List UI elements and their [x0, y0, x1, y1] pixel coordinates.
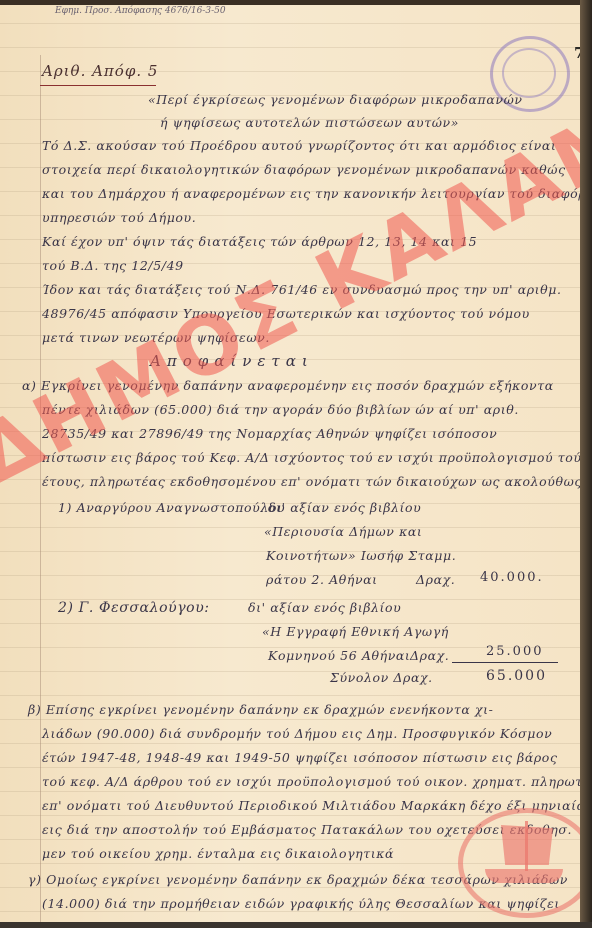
body-line: Ίδον και τάς διατάξεις τού Ν.Δ. 761/46 ε… [42, 282, 562, 297]
payee-2-label: 2) Γ. Φεσσαλούγου: [58, 600, 210, 616]
item-a-line: έτους, πληρωτέας εκδοθησομένου επ' ονόμα… [42, 474, 582, 489]
decision-heading: Αριθ. Απόφ. 5 [42, 62, 158, 80]
body-line: και του Δημάρχου ή αναφερομένων εις την … [42, 186, 592, 201]
payee-1-book-line: ράτου 2. Αθήναι [266, 572, 378, 587]
ship-seal-stamp-icon [458, 808, 592, 918]
payee-2-amount: 25.000 [486, 644, 544, 659]
payee-1-description: δι' αξίαν ενός βιβλίου [268, 500, 421, 515]
scan-bottom-edge [0, 922, 592, 928]
total-amount: 65.000 [486, 668, 547, 684]
payee-2-book-line: «Η Εγγραφή Εθνική Αγωγή [262, 624, 449, 639]
item-a-line: πέντε χιλιάδων (65.000) διά την αγοράν δ… [42, 402, 519, 417]
margin-line [40, 55, 41, 928]
body-line: Καί έχον υπ' όψιν τάς διατάξεις τών άρθρ… [42, 234, 477, 249]
payee-2-description: δι' αξίαν ενός βιβλίου [248, 600, 401, 615]
item-b-line: β) Επίσης εγκρίνει γενομένην δαπάνην εκ … [28, 702, 494, 717]
subject-line-2: ή ψηφίσεως αυτοτελών πιστώσεων αυτών» [160, 115, 459, 130]
payee-1-label: 1) Αναργύρου Αναγνωστοπούλου [58, 500, 285, 515]
body-line: υπηρεσιών τού Δήμου. [42, 210, 196, 225]
body-line: στοιχεία περί δικαιολογητικών διαφόρων γ… [42, 162, 566, 177]
body-line: Τό Δ.Σ. ακούσαν τού Προέδρου αυτού γνωρί… [42, 138, 556, 153]
scan-top-edge [0, 0, 592, 5]
ship-mast-icon [525, 821, 528, 871]
payee-1-amount: 40.000. [480, 570, 544, 585]
item-b-line: λιάδων (90.000) διά συνδρομήν τού Δήμου … [42, 726, 552, 741]
body-line: 48976/45 απόφασιν Υπουργείου Εσωτερικών … [42, 306, 530, 321]
subject-line-1: «Περί έγκρίσεως γενομένων διαφόρων μικρο… [148, 92, 523, 107]
payee-2-currency: Δραχ. [410, 648, 449, 663]
item-a-line: 28735/49 και 27896/49 της Νομαρχίας Αθην… [42, 426, 497, 441]
item-b-line: τού κεφ. Α/Δ άρθρου τού εν ισχύι προϋπολ… [42, 774, 592, 789]
archive-reference: Εφημ. Προσ. Απόφασης 4676/16-3-50 [55, 6, 226, 16]
item-b-line: έτών 1947-48, 1948-49 και 1949-50 ψηφίζε… [42, 750, 558, 765]
sum-rule [452, 662, 558, 663]
ship-hull-icon [485, 869, 563, 883]
total-label: Σύνολον Δραχ. [330, 670, 433, 685]
scan-right-edge [580, 0, 592, 928]
item-a-line: πίστωσιν εις βάρος τού Κεφ. Α/Δ ισχύοντο… [42, 450, 592, 465]
payee-1-book-line: «Περιουσία Δήμων και [264, 524, 422, 539]
payee-2-book-line: Κομνηνού 56 Αθήναι [268, 648, 410, 663]
payee-1-currency: Δραχ. [416, 572, 455, 587]
heading-underline [40, 85, 156, 86]
item-b-line: μεν τού οικείου χρημ. ένταλμα εις δικαιο… [42, 846, 394, 861]
body-line: τού Β.Δ. της 12/5/49 [42, 258, 184, 273]
item-a-line: α) Εγκρίνει γενομένην δαπάνην αναφερομέν… [22, 378, 554, 393]
body-line: μετά τινων νεωτέρων ψηφίσεων. [42, 330, 270, 345]
decision-word: Αποφαίνεται [150, 352, 314, 370]
document-page: Εφημ. Προσ. Απόφασης 4676/16-3-50 7 Αριθ… [0, 0, 580, 922]
payee-1-book-line: Κοινοτήτων» Ιωσήφ Σταμμ. [266, 548, 456, 563]
